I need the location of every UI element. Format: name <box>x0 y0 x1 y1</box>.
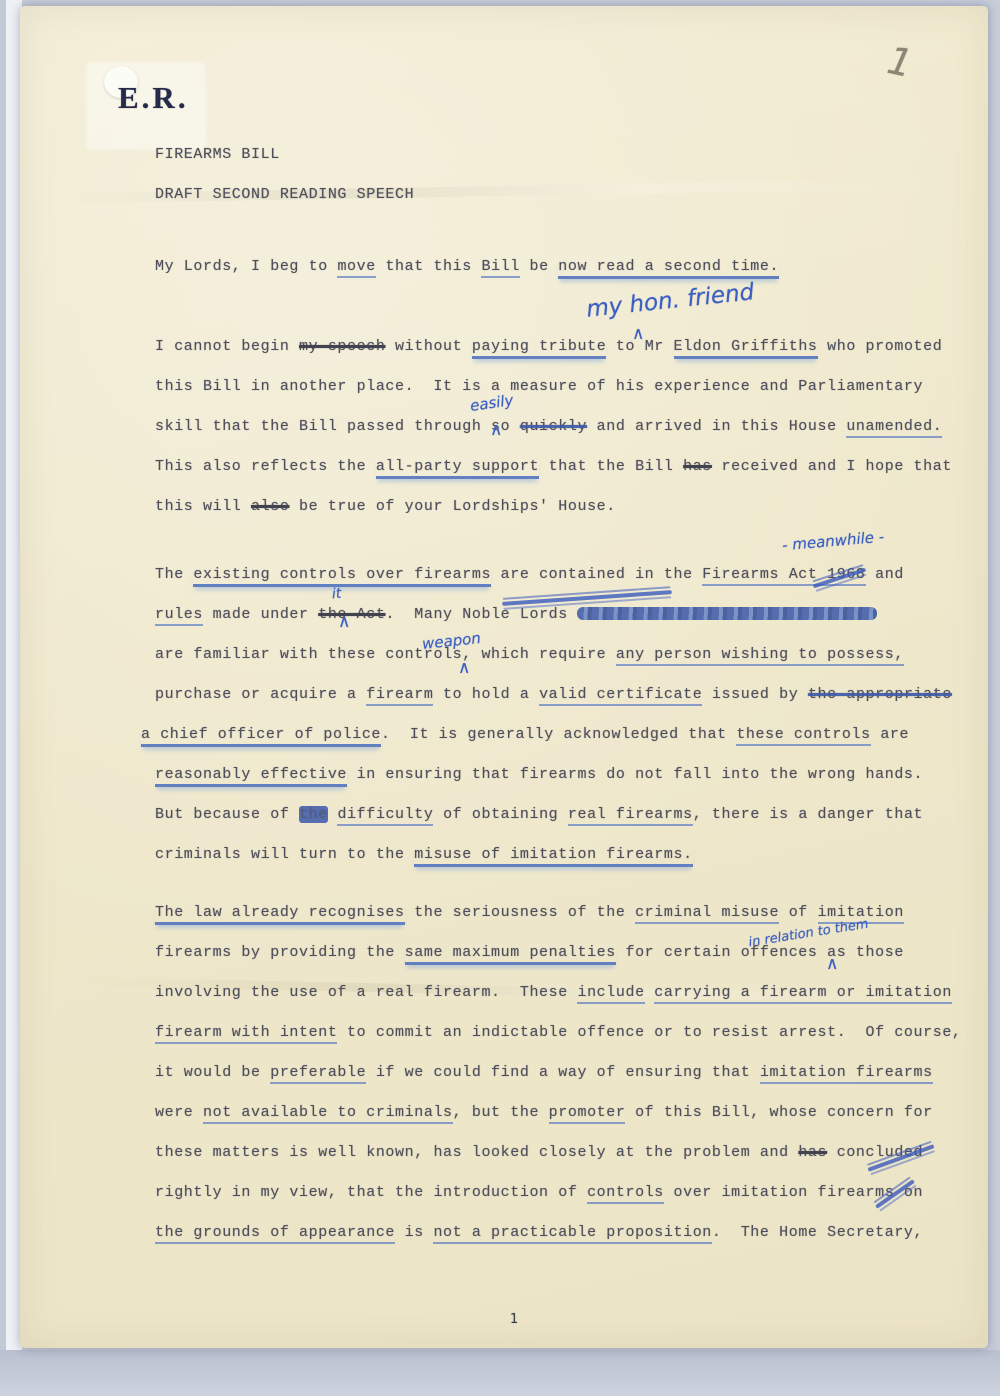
typed-line: it would be preferable if we could find … <box>155 1064 930 1104</box>
underlined-text: same maximum penalties <box>405 944 616 965</box>
typed-line: purchase or acquire a firearm to hold a … <box>155 686 930 726</box>
struck-text: also <box>251 498 289 515</box>
typed-line: this Bill in another place. It is a meas… <box>155 378 930 418</box>
typed-line: I cannot begin my speech without paying … <box>155 338 930 378</box>
struck-text: my speech <box>299 338 385 355</box>
typed-text: My Lords, I beg to <box>155 258 337 275</box>
typed-text: that this <box>376 258 482 275</box>
typed-text: . It is generally acknowledged that <box>381 726 736 743</box>
typed-text: to commit an indictable offence or to re… <box>337 1024 961 1041</box>
typed-line: reasonably effective in ensuring that fi… <box>155 766 930 806</box>
underlined-text: reasonably effective <box>155 766 347 787</box>
scan-background-bottom <box>0 1350 1000 1396</box>
typed-line: firearms by providing the same maximum p… <box>155 944 930 984</box>
royal-cypher: E.R. <box>118 80 189 116</box>
typed-text: of <box>779 904 817 921</box>
typed-line: were not available to criminals, but the… <box>155 1104 930 1144</box>
underlined-text: preferable <box>270 1064 366 1084</box>
underlined-text: these controls <box>736 726 870 746</box>
insertion-caret: ∧ <box>458 658 470 678</box>
typed-text: issued by <box>702 686 808 703</box>
typed-text: the seriousness of the <box>405 904 635 921</box>
typed-text: and <box>866 566 904 583</box>
underlined-text: now read a second time. <box>558 258 779 279</box>
typed-line: rightly in my view, that the introductio… <box>155 1184 930 1224</box>
typed-line: are familiar with these controls, which … <box>155 646 930 686</box>
typed-text: if we could find a way of ensuring that <box>366 1064 760 1081</box>
typed-text: The <box>155 566 193 583</box>
typed-line: the grounds of appearance is not a pract… <box>155 1224 930 1264</box>
scan-background-edge <box>0 0 22 1396</box>
typed-text: . The Home Secretary, <box>712 1224 923 1241</box>
typed-line: This also reflects the all-party support… <box>155 458 930 498</box>
typed-text: without <box>385 338 471 355</box>
underlined-text: promoter <box>549 1104 626 1124</box>
insertion-caret: ∧ <box>632 324 644 344</box>
underlined-text: Bill <box>481 258 519 278</box>
typed-text: be <box>520 258 558 275</box>
typed-line: skill that the Bill passed through so qu… <box>155 418 930 458</box>
underlined-text: firearm with intent <box>155 1024 337 1044</box>
typed-text: , there is a danger that <box>693 806 923 823</box>
typed-line: rules made under the Act. Many Noble Lor… <box>155 606 930 646</box>
typed-text <box>328 806 338 823</box>
paragraph: My Lords, I beg to move that this Bill b… <box>155 258 930 298</box>
typed-text: of obtaining <box>433 806 567 823</box>
typed-text: , but the <box>453 1104 549 1121</box>
struck-text: has <box>798 1144 827 1161</box>
typed-text: in ensuring that firearms do not fall in… <box>347 766 923 783</box>
insertion-caret: ∧ <box>826 954 838 974</box>
typed-text: these matters is well known, has looked … <box>155 1144 798 1161</box>
ink-deletion-smear <box>577 607 877 620</box>
typed-text: skill that the Bill passed through so <box>155 418 520 435</box>
underlined-text: not available to criminals <box>203 1104 453 1124</box>
typed-text: are contained in the <box>491 566 702 583</box>
typed-text: But because of <box>155 806 299 823</box>
typed-line: a chief officer of police. It is general… <box>141 726 930 766</box>
underlined-text: rules <box>155 606 203 626</box>
typed-text: it would be <box>155 1064 270 1081</box>
typed-text: firearms by providing the <box>155 944 405 961</box>
underlined-text: any person wishing to possess, <box>616 646 904 666</box>
underlined-text: real firearms <box>568 806 693 826</box>
typed-line: involving the use of a real firearm. The… <box>155 984 930 1024</box>
typed-text <box>645 984 655 1001</box>
document-page: E.R. FIREARMS BILL DRAFT SECOND READING … <box>20 6 988 1348</box>
handwritten-annotation: 1 <box>510 1312 518 1327</box>
ink-obscured-text: the <box>299 806 328 823</box>
underlined-text: carrying a firearm or imitation <box>654 984 952 1004</box>
typed-text: were <box>155 1104 203 1121</box>
underlined-text: Eldon Griffiths <box>674 338 818 359</box>
typed-text: . Many Noble Lords <box>385 606 577 623</box>
underlined-text: the grounds of appearance <box>155 1224 395 1244</box>
typed-line: But because of the difficulty of obtaini… <box>155 806 930 846</box>
typed-text: received and I hope that <box>712 458 952 475</box>
typed-text: of this Bill, whose concern for <box>625 1104 932 1121</box>
typed-text: be true of your Lordships' House. <box>289 498 615 515</box>
typed-text: made under <box>203 606 318 623</box>
underlined-text: a chief officer of police <box>141 726 381 747</box>
typed-text: criminals will turn to the <box>155 846 414 863</box>
typed-line: My Lords, I beg to move that this Bill b… <box>155 258 930 298</box>
typed-text: this will <box>155 498 251 515</box>
underlined-text: valid certificate <box>539 686 702 706</box>
underlined-text: difficulty <box>337 806 433 826</box>
handwritten-annotation: 1 <box>884 38 917 86</box>
underlined-text: firearm <box>366 686 433 706</box>
underlined-text: move <box>337 258 375 278</box>
insertion-caret: ∧ <box>490 420 502 440</box>
paragraph: I cannot begin my speech without paying … <box>155 338 930 538</box>
typed-text: this Bill in another place. It is a meas… <box>155 378 923 395</box>
typed-line: these matters is well known, has looked … <box>155 1144 930 1184</box>
underlined-text: The law already recognises <box>155 904 405 925</box>
typed-text: involving the use of a real firearm. The… <box>155 984 577 1001</box>
typed-text: who promoted <box>818 338 943 355</box>
typed-text: and arrived in this House <box>587 418 846 435</box>
typed-text: that the Bill <box>539 458 683 475</box>
typed-line: this will also be true of your Lordships… <box>155 498 930 538</box>
ink-struck-text: the appropriate <box>808 686 952 703</box>
paragraph: The law already recognises the seriousne… <box>155 904 930 1264</box>
typed-text: to hold a <box>433 686 539 703</box>
underlined-text: criminal misuse <box>635 904 779 924</box>
typed-text: are <box>871 726 909 743</box>
typed-text: purchase or acquire a <box>155 686 366 703</box>
typed-text: I cannot begin <box>155 338 299 355</box>
typed-line: firearm with intent to commit an indicta… <box>155 1024 930 1064</box>
underlined-text: all-party support <box>376 458 539 479</box>
typed-line: criminals will turn to the misuse of imi… <box>155 846 930 886</box>
typed-text: are familiar with these controls, which … <box>155 646 616 663</box>
typed-text: is <box>395 1224 433 1241</box>
underlined-text: include <box>577 984 644 1004</box>
ink-struck-text: quickly <box>520 418 587 435</box>
underlined-text: existing controls over firearms <box>193 566 491 587</box>
underlined-text: controls <box>587 1184 664 1204</box>
paragraph: The existing controls over firearms are … <box>155 566 930 886</box>
underlined-text: not a practicable proposition <box>433 1224 711 1244</box>
document-title: FIREARMS BILL <box>155 146 280 163</box>
struck-text: has <box>683 458 712 475</box>
underlined-text: paying tribute <box>472 338 606 359</box>
document-subtitle: DRAFT SECOND READING SPEECH <box>155 186 414 203</box>
typed-text: rightly in my view, that the introductio… <box>155 1184 587 1201</box>
typed-text: This also reflects the <box>155 458 376 475</box>
handwritten-annotation: it <box>331 586 341 603</box>
underlined-text: imitation firearms <box>760 1064 933 1084</box>
struck-text: the Act <box>318 606 385 623</box>
insertion-caret: ∧ <box>338 612 350 632</box>
underlined-text: misuse of imitation firearms. <box>414 846 692 867</box>
underlined-text: unamended. <box>846 418 942 438</box>
